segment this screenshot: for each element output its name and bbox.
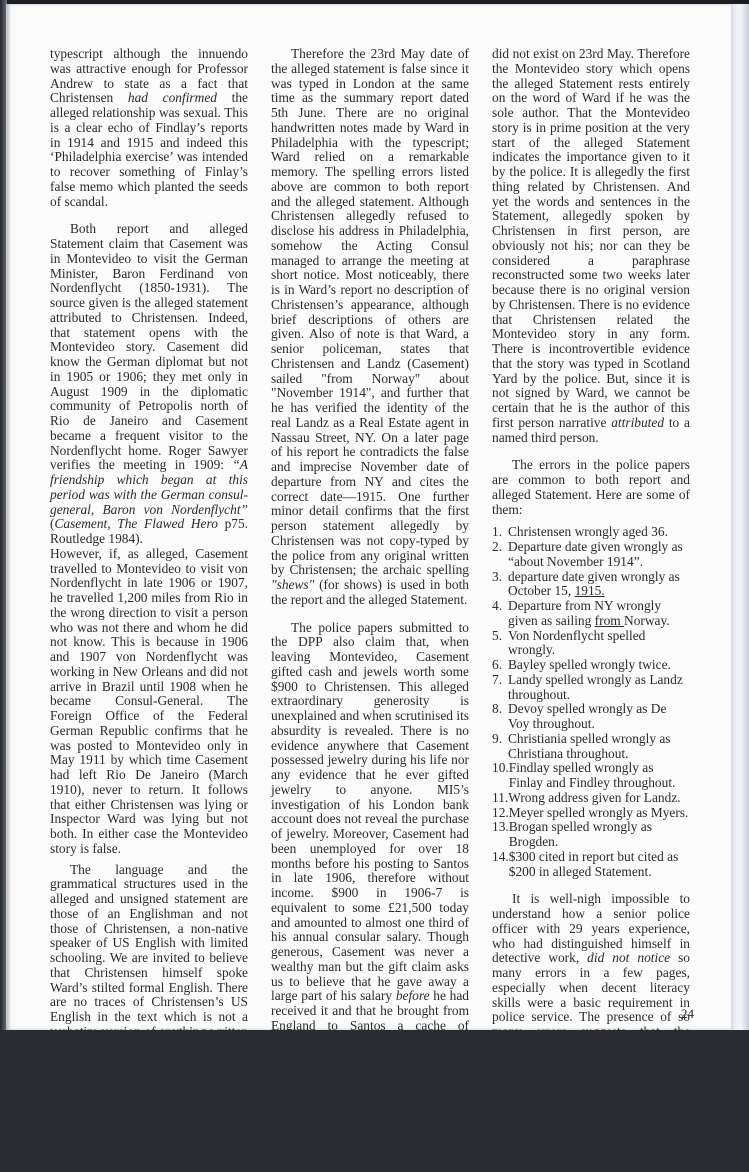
text-run: Both report and alleged Statement claim … — [50, 221, 248, 472]
underlined-text: from — [595, 613, 624, 628]
list-item: 7.Landy spelled wrongly as Landz through… — [492, 673, 690, 703]
list-item: 1.Christensen wrongly aged 36. — [492, 525, 690, 540]
italic-book-title: Casement, The Flawed Hero — [54, 516, 217, 531]
list-item: 11.Wrong address given for Landz. — [492, 791, 690, 806]
text-column-1: typescript although the innuendo was att… — [50, 47, 248, 1030]
list-item: 13.Brogan spelled wrongly as Brogden. — [492, 820, 690, 850]
list-number: 13. — [492, 820, 509, 850]
list-text: Bayley spelled wrongly twice. — [508, 658, 690, 673]
list-number: 2. — [492, 540, 508, 570]
list-number: 11. — [492, 791, 508, 806]
list-number: 9. — [492, 732, 508, 762]
list-text: Devoy spelled wrongly as De Voy througho… — [508, 702, 690, 732]
list-text: Von Nordenflycht spelled wrongly. — [508, 629, 690, 659]
text-run: Therefore the 23rd May date of the alleg… — [271, 46, 469, 577]
text-run: the alleged relationship was sexual. Thi… — [50, 90, 248, 208]
list-text: Departure from NY wrongly given as saili… — [508, 599, 690, 629]
list-item: 4.Departure from NY wrongly given as sai… — [492, 599, 690, 629]
paragraph: did not exist on 23rd May. Therefore the… — [492, 47, 690, 445]
list-number: 12. — [492, 806, 509, 821]
list-text: Brogan spelled wrongly as Brogden. — [509, 820, 690, 850]
paragraph: The police papers submitted to the DPP a… — [271, 621, 469, 1031]
list-item: 2.Departure date given wrongly as “about… — [492, 540, 690, 570]
list-number: 6. — [492, 658, 508, 673]
paragraph: The language and the grammatical structu… — [50, 863, 248, 1031]
list-item: 6.Bayley spelled wrongly twice. — [492, 658, 690, 673]
paragraph: Both report and alleged Statement claim … — [50, 222, 248, 547]
text-run: Norway. — [624, 613, 670, 628]
list-item: 10.Findlay spelled wrongly as Finlay and… — [492, 761, 690, 791]
paragraph: It is well-nigh impossible to understand… — [492, 892, 690, 1030]
list-text: Christiania spelled wrongly as Christian… — [508, 732, 690, 762]
list-text: Christensen wrongly aged 36. — [508, 525, 690, 540]
italic-text: did not notice — [587, 950, 670, 965]
list-number: 10. — [492, 761, 509, 791]
text-run: The police papers submitted to the DPP a… — [271, 620, 469, 1004]
paragraph: Therefore the 23rd May date of the alleg… — [271, 47, 469, 608]
errors-list: 1.Christensen wrongly aged 36. 2.Departu… — [492, 525, 690, 879]
list-text: departure date given wrongly as October … — [508, 570, 690, 600]
list-number: 3. — [492, 570, 508, 600]
list-number: 1. — [492, 525, 508, 540]
list-number: 14. — [492, 850, 509, 880]
italic-text: attributed — [611, 415, 664, 430]
list-item: 5.Von Nordenflycht spelled wrongly. — [492, 629, 690, 659]
list-number: 4. — [492, 599, 508, 629]
list-number: 5. — [492, 629, 508, 659]
page-number: 24 — [681, 1006, 694, 1022]
list-text: Meyer spelled wrongly as Myers. — [509, 806, 690, 821]
text-column-3: did not exist on 23rd May. Therefore the… — [492, 47, 690, 1030]
paragraph: typescript although the innuendo was att… — [50, 47, 248, 209]
list-text: $300 cited in report but cited as $200 i… — [509, 850, 690, 880]
italic-text: "shews" — [271, 577, 314, 592]
paragraph: The errors in the police papers are comm… — [492, 458, 690, 517]
list-item: 3.departure date given wrongly as Octobe… — [492, 570, 690, 600]
list-text: Wrong address given for Landz. — [508, 791, 690, 806]
italic-text: before — [396, 988, 430, 1003]
list-text: Landy spelled wrongly as Landz throughou… — [508, 673, 690, 703]
list-item: 12.Meyer spelled wrongly as Myers. — [492, 806, 690, 821]
underlined-text: 1915. — [575, 583, 605, 598]
list-number: 7. — [492, 673, 508, 703]
paragraph: However, if, as alleged, Casement travel… — [50, 547, 248, 857]
text-column-2: Therefore the 23rd May date of the alleg… — [271, 47, 469, 1030]
page-edge-shadow — [731, 4, 749, 1030]
list-number: 8. — [492, 702, 508, 732]
list-item: 14.$300 cited in report but cited as $20… — [492, 850, 690, 880]
text-run: did not exist on 23rd May. Therefore the… — [492, 46, 690, 430]
list-item: 8.Devoy spelled wrongly as De Voy throug… — [492, 702, 690, 732]
list-item: 9.Christiania spelled wrongly as Christi… — [492, 732, 690, 762]
list-text: Findlay spelled wrongly as Finlay and Fi… — [509, 761, 690, 791]
list-text: Departure date given wrongly as “about N… — [508, 540, 690, 570]
italic-text: had confirmed — [128, 90, 217, 105]
